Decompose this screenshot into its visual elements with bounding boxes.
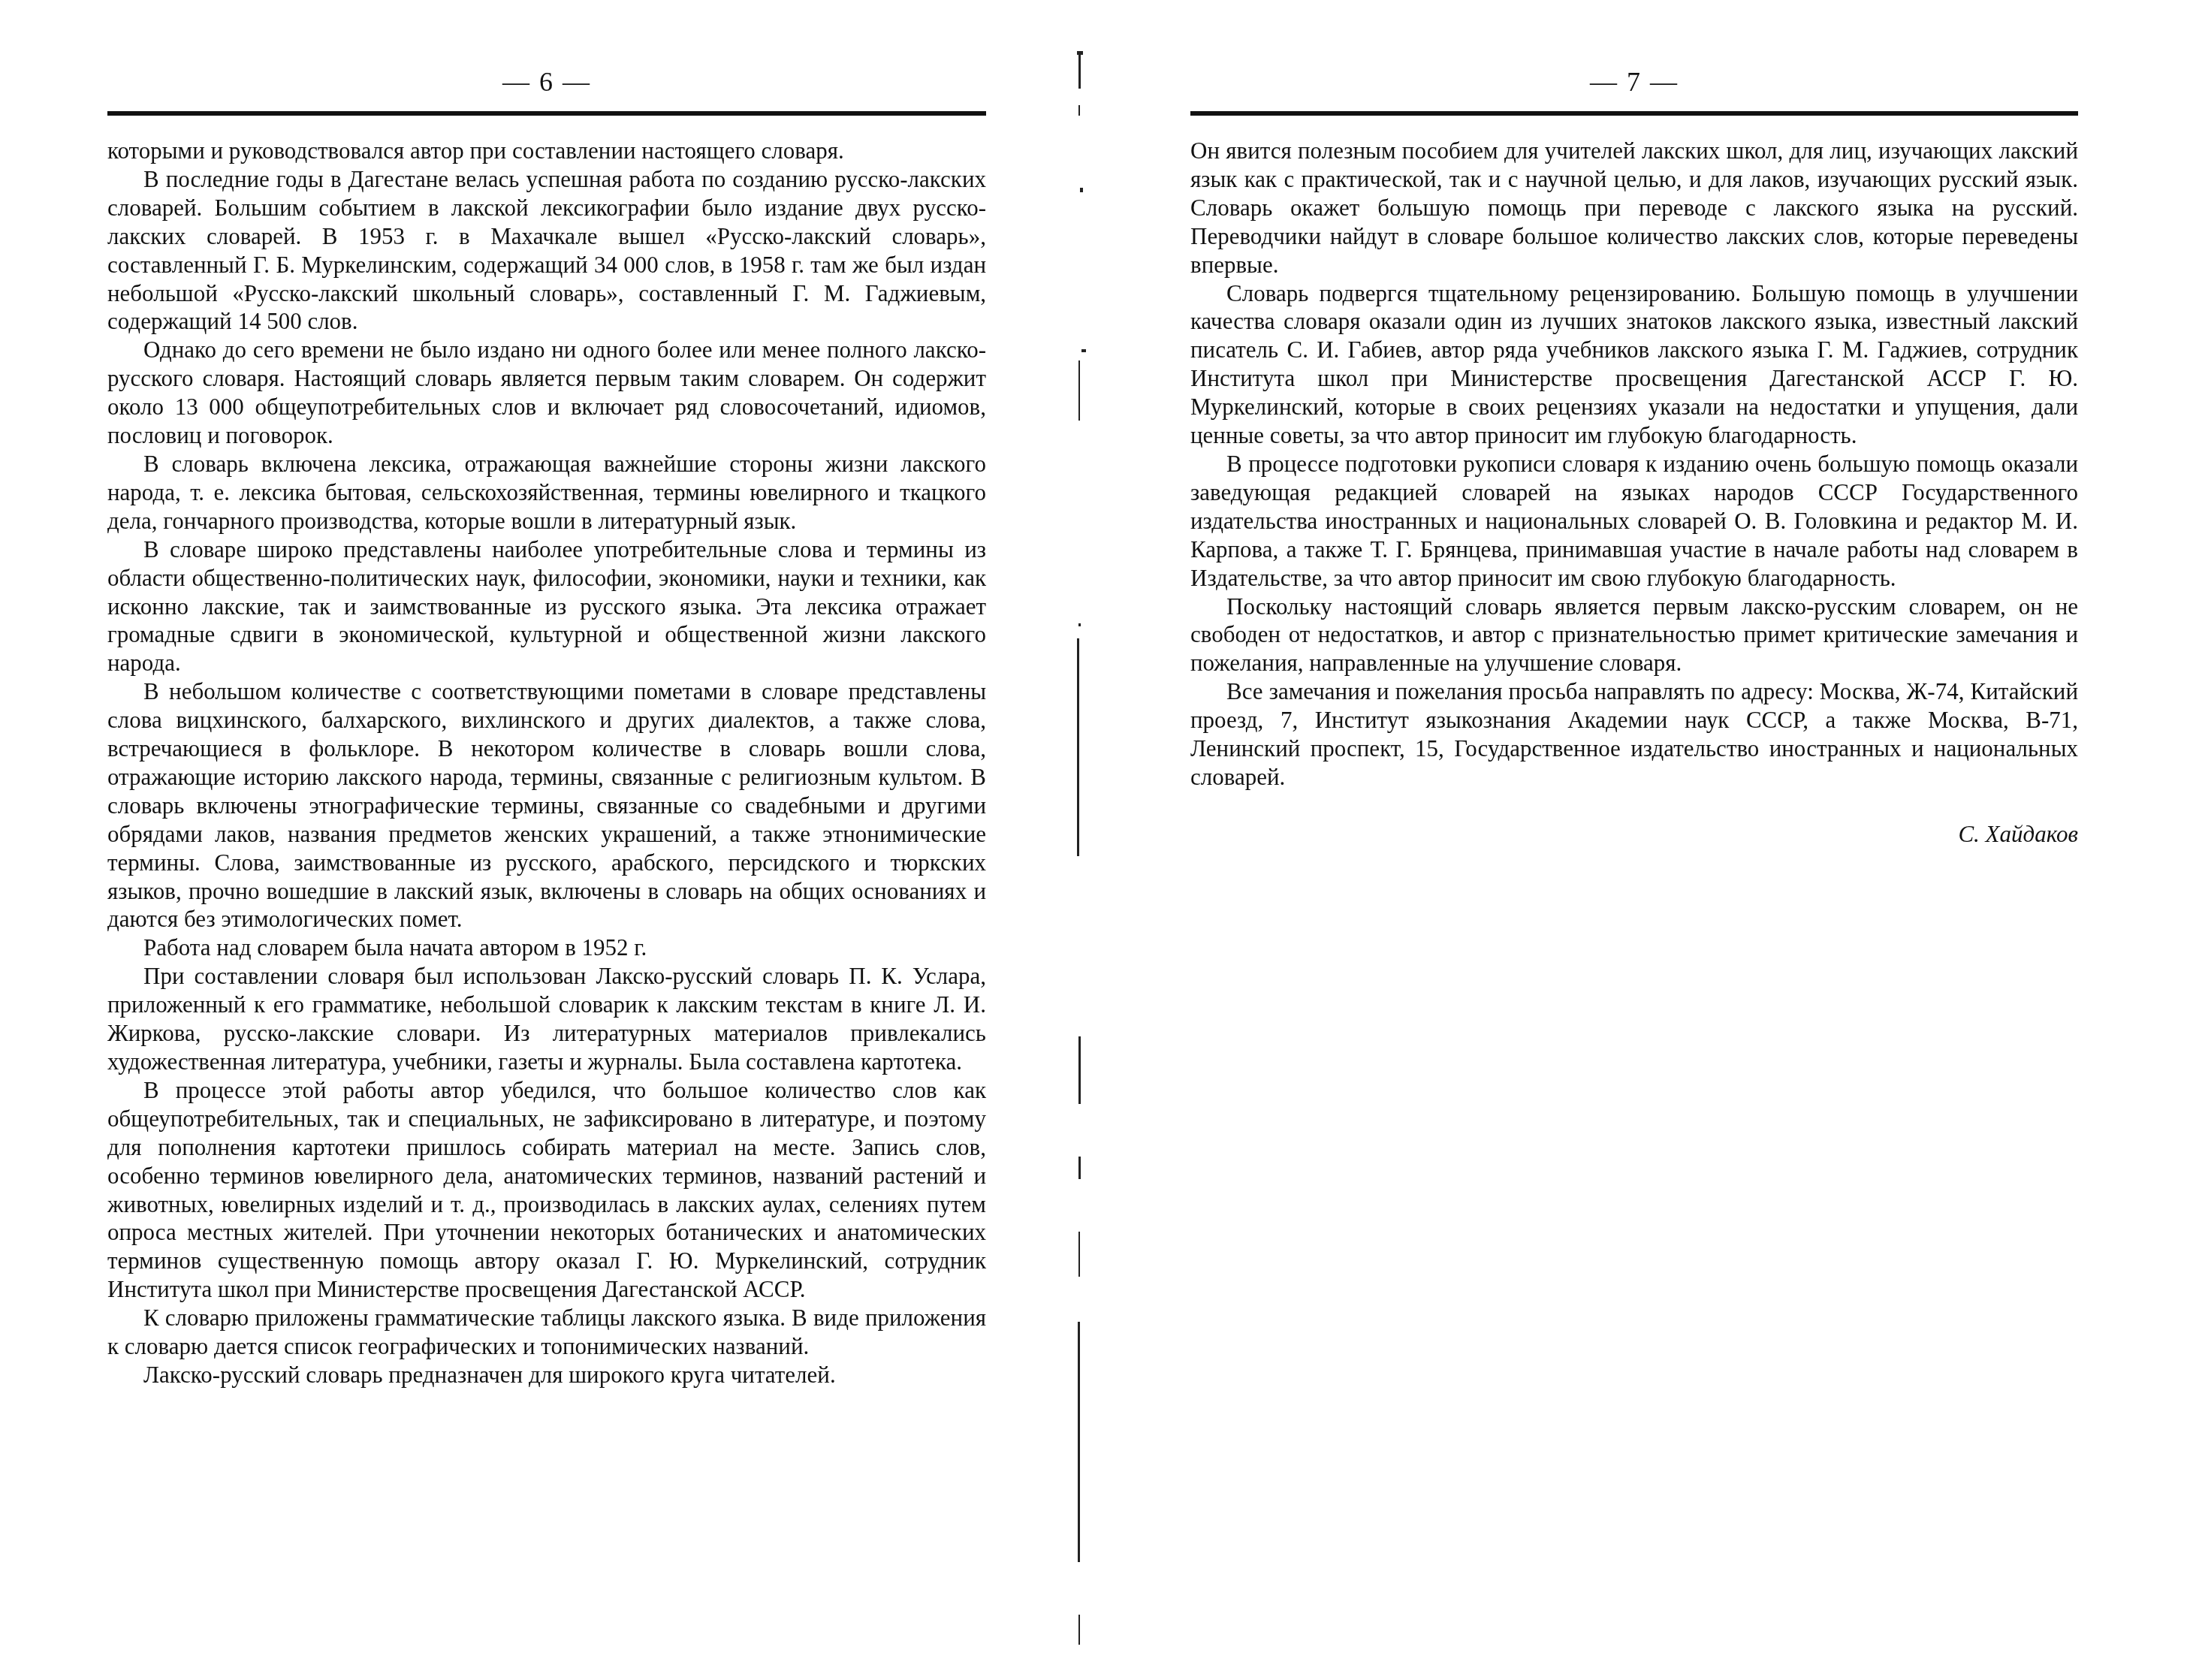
author-signature: С. Хайдаков <box>1190 820 2078 849</box>
paragraph: В словаре широко представлены наиболее у… <box>107 535 986 678</box>
paragraph: Лакско-русский словарь предназначен для … <box>107 1361 986 1389</box>
paragraph: В процессе этой работы автор убедился, ч… <box>107 1076 986 1304</box>
paragraph: В процессе подготовки рукописи словаря к… <box>1190 450 2078 593</box>
paragraph: Работа над словарем была начата автором … <box>107 934 986 962</box>
paragraph: В словарь включена лексика, отражающая в… <box>107 450 986 535</box>
paragraph: При составлении словаря был использован … <box>107 962 986 1076</box>
body-text: Он явится полезным пособием для учителей… <box>1190 137 2078 849</box>
paragraph: Все замечания и пожелания просьба направ… <box>1190 677 2078 792</box>
spine-scan-marks <box>1074 0 1104 1680</box>
body-text: которыми и руководствовался автор при со… <box>107 137 986 1389</box>
page-number: — 6 — <box>107 66 986 98</box>
paragraph: К словарю приложены грамматические табли… <box>107 1304 986 1361</box>
paragraph: Словарь подвергся тщательному рецензиров… <box>1190 279 2078 450</box>
paragraph: В небольшом количестве с соответствующим… <box>107 677 986 934</box>
paragraph: Он явится полезным пособием для учителей… <box>1190 137 2078 279</box>
paragraph: Поскольку настоящий словарь является пер… <box>1190 593 2078 678</box>
paragraph: которыми и руководствовался автор при со… <box>107 137 986 165</box>
header-rule <box>107 111 986 116</box>
paragraph: В последние годы в Дагестане велась успе… <box>107 165 986 336</box>
header-rule <box>1190 111 2078 116</box>
paragraph: Однако до сего времени не было издано ни… <box>107 336 986 450</box>
page-number: — 7 — <box>1190 66 2078 98</box>
